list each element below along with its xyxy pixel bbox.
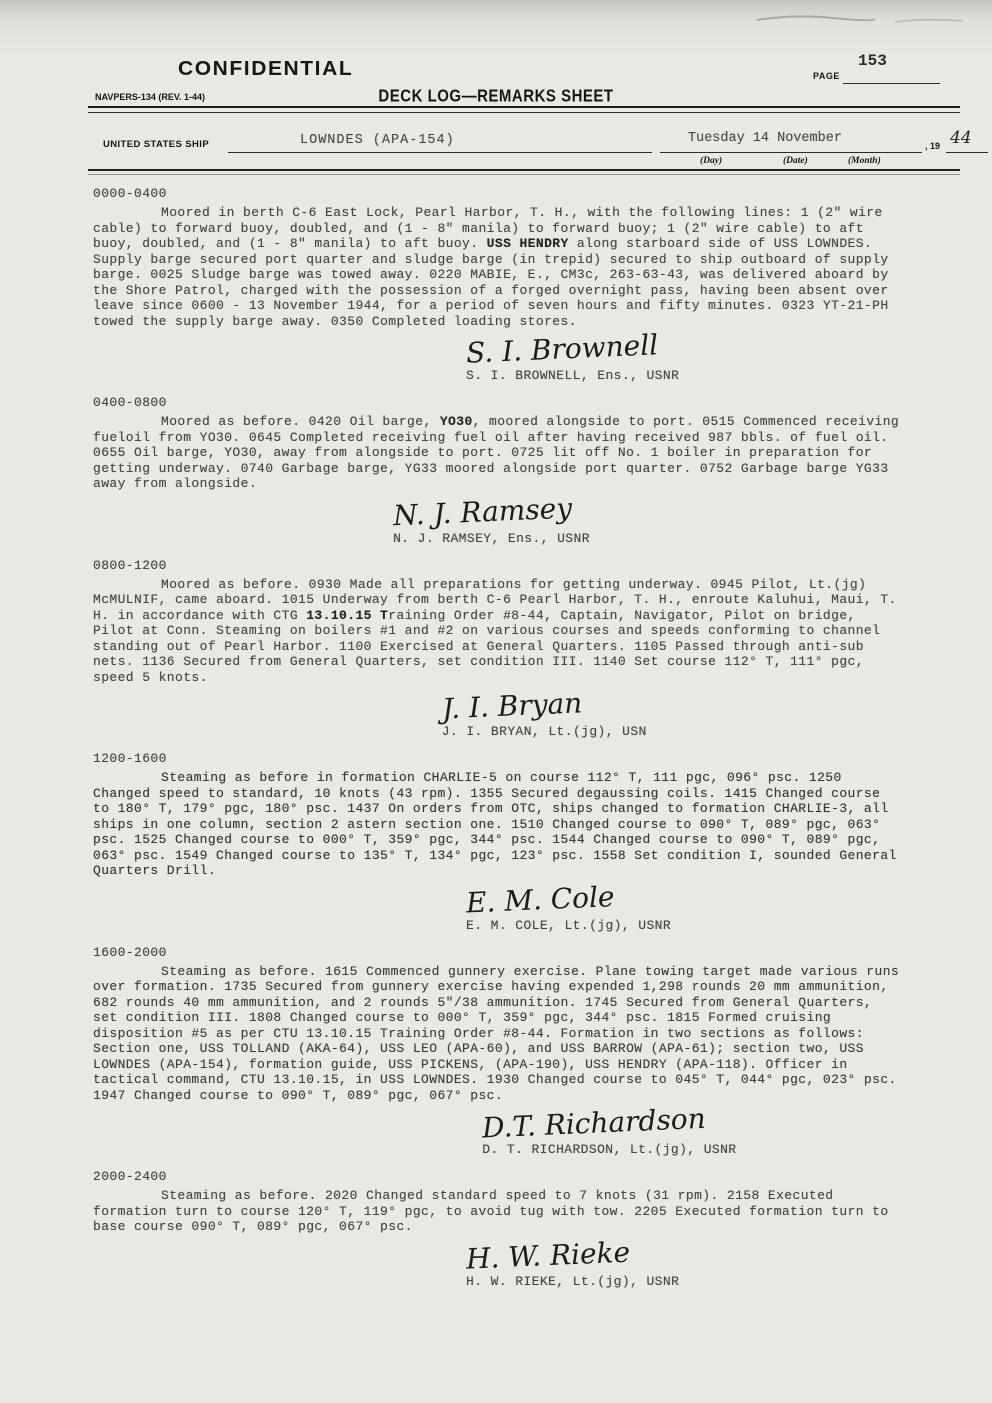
- log-date: Tuesday 14 November: [688, 131, 842, 146]
- deck-log-page: CONFIDENTIAL 153 PAGE NAVPERS-134 (REV. …: [0, 0, 992, 1403]
- signature-block: E. M. ColeE. M. COLE, Lt.(jg), USNR: [466, 883, 671, 933]
- date-label: (Date): [783, 156, 808, 166]
- page-number: 153: [858, 52, 887, 70]
- sheet-title: DECK LOG—REMARKS SHEET: [0, 87, 992, 107]
- log-entry: 2000-2400Steaming as before. 2020 Change…: [93, 1169, 904, 1289]
- year-prefix: , 19: [925, 141, 940, 151]
- log-entry: 0000-0400Moored in berth C-6 East Lock, …: [93, 186, 904, 383]
- signature-typed-name: H. W. RIEKE, Lt.(jg), USNR: [466, 1274, 679, 1289]
- signature-typed-name: E. M. COLE, Lt.(jg), USNR: [466, 918, 671, 933]
- page-number-line: [843, 83, 940, 84]
- signature-typed-name: D. T. RICHARDSON, Lt.(jg), USNR: [482, 1142, 736, 1157]
- remarks-text: Steaming as before. 1615 Commenced gunne…: [93, 964, 904, 1104]
- signature-block: N. J. RamseyN. J. RAMSEY, Ens., USNR: [393, 496, 590, 546]
- watch-period: 1200-1600: [93, 751, 904, 766]
- watch-period: 0800-1200: [93, 558, 904, 573]
- signature-block: D.T. RichardsonD. T. RICHARDSON, Lt.(jg)…: [482, 1107, 736, 1157]
- log-entry: 1200-1600Steaming as before in formation…: [93, 751, 904, 933]
- remarks-text: Moored as before. 0930 Made all preparat…: [93, 577, 904, 686]
- watch-period: 0400-0800: [93, 395, 904, 410]
- signature-typed-name: J. I. BRYAN, Lt.(jg), USN: [442, 724, 647, 739]
- pencil-smudge-mark: [755, 6, 965, 30]
- watch-period: 1600-2000: [93, 945, 904, 960]
- ship-name: LOWNDES (APA-154): [300, 133, 455, 148]
- header-double-rule: [88, 106, 960, 113]
- month-label: (Month): [848, 156, 881, 166]
- signature-block: J. I. BryanJ. I. BRYAN, Lt.(jg), USN: [442, 689, 647, 739]
- signature-block: S. I. BrownellS. I. BROWNELL, Ens., USNR: [466, 333, 679, 383]
- classification-stamp: CONFIDENTIAL: [178, 58, 353, 81]
- remarks-text: Steaming as before in formation CHARLIE-…: [93, 770, 904, 879]
- remarks-text: Moored as before. 0420 Oil barge, YO30, …: [93, 414, 904, 492]
- log-entry: 0400-0800Moored as before. 0420 Oil barg…: [93, 395, 904, 546]
- date-line: [660, 152, 922, 153]
- signature-block: H. W. RiekeH. W. RIEKE, Lt.(jg), USNR: [466, 1239, 679, 1289]
- remarks-text: Steaming as before. 2020 Changed standar…: [93, 1188, 904, 1235]
- signature-typed-name: S. I. BROWNELL, Ens., USNR: [466, 368, 679, 383]
- signature-handwriting: E. M. Cole: [465, 878, 671, 919]
- log-entry: 0800-1200Moored as before. 0930 Made all…: [93, 558, 904, 740]
- year-line: [946, 152, 988, 153]
- log-entries: 0000-0400Moored in berth C-6 East Lock, …: [93, 180, 904, 1295]
- watch-period: 2000-2400: [93, 1169, 904, 1184]
- year-handwritten: 44: [950, 128, 972, 148]
- signature-handwriting: J. I. Bryan: [441, 685, 647, 726]
- ship-label: UNITED STATES SHIP: [103, 139, 209, 150]
- header-bottom-rule: [88, 169, 960, 175]
- signature-handwriting: D.T. Richardson: [482, 1101, 737, 1144]
- watch-period: 0000-0400: [93, 186, 904, 201]
- signature-handwriting: N. J. Ramsey: [392, 491, 590, 532]
- day-label: (Day): [700, 156, 722, 166]
- ship-name-line: [228, 152, 652, 153]
- remarks-text: Moored in berth C-6 East Lock, Pearl Har…: [93, 205, 904, 329]
- signature-handwriting: S. I. Brownell: [465, 328, 679, 369]
- log-entry: 1600-2000Steaming as before. 1615 Commen…: [93, 945, 904, 1158]
- signature-handwriting: H. W. Rieke: [465, 1234, 679, 1275]
- page-label: PAGE: [813, 71, 840, 81]
- signature-typed-name: N. J. RAMSEY, Ens., USNR: [393, 531, 590, 546]
